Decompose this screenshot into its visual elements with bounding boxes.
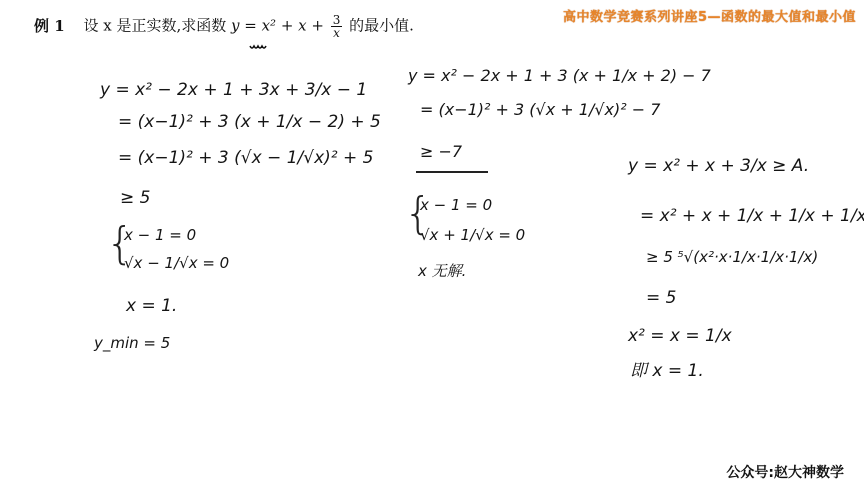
left-system-eq-1: x − 1 = 0 <box>124 226 196 244</box>
middle-divider <box>416 171 488 173</box>
left-system-eq-2: √x − 1/√x = 0 <box>124 254 229 272</box>
problem-text-prefix: 设 x 是正实数,求函数 <box>83 17 231 35</box>
left-line-1: y = x² − 2x + 1 + 3x + 3/x − 1 <box>100 80 367 100</box>
right-line-2: = x² + x + 1/x + 1/x + 1/x <box>640 206 864 226</box>
left-line-3: = (x−1)² + 3 (√x − 1/√x)² + 5 <box>118 148 373 168</box>
middle-conclusion: x 无解. <box>418 260 466 281</box>
right-line-6: 即 x = 1. <box>630 356 704 381</box>
middle-line-2: = (x−1)² + 3 (√x + 1/√x)² − 7 <box>420 100 660 119</box>
left-min-value: y_min = 5 <box>94 334 170 352</box>
right-line-3: ≥ 5 ⁵√(x²·x·1/x·1/x·1/x) <box>646 248 818 266</box>
left-line-4: ≥ 5 <box>120 188 150 208</box>
middle-line-1: y = x² − 2x + 1 + 3 (x + 1/x + 2) − 7 <box>408 66 711 85</box>
emphasis-wavy-underline <box>249 44 267 50</box>
left-line-2: = (x−1)² + 3 (x + 1/x − 2) + 5 <box>118 112 381 132</box>
middle-line-3: ≥ −7 <box>420 142 462 161</box>
middle-system-eq-2: √x + 1/√x = 0 <box>420 226 525 244</box>
right-line-5: x² = x = 1/x <box>628 326 732 346</box>
problem-text-suffix: 的最小值. <box>349 17 414 35</box>
left-result: x = 1. <box>126 296 177 316</box>
middle-system-eq-1: x − 1 = 0 <box>420 196 492 214</box>
series-title-banner: 高中数学竞赛系列讲座5—函数的最大值和最小值 <box>563 6 856 25</box>
problem-statement: 例 1 设 x 是正实数,求函数 y = x² + x + 3 x 的最小值. <box>34 14 414 39</box>
right-line-1: y = x² + x + 3/x ≥ A. <box>628 156 809 176</box>
problem-formula: y = x² + x + <box>231 17 329 35</box>
example-label: 例 1 <box>34 17 65 35</box>
problem-fraction: 3 x <box>331 14 343 39</box>
fraction-denominator: x <box>331 27 343 39</box>
right-line-4: = 5 <box>646 288 676 308</box>
footer-account-label: 公众号:赵大神数学 <box>726 462 844 482</box>
